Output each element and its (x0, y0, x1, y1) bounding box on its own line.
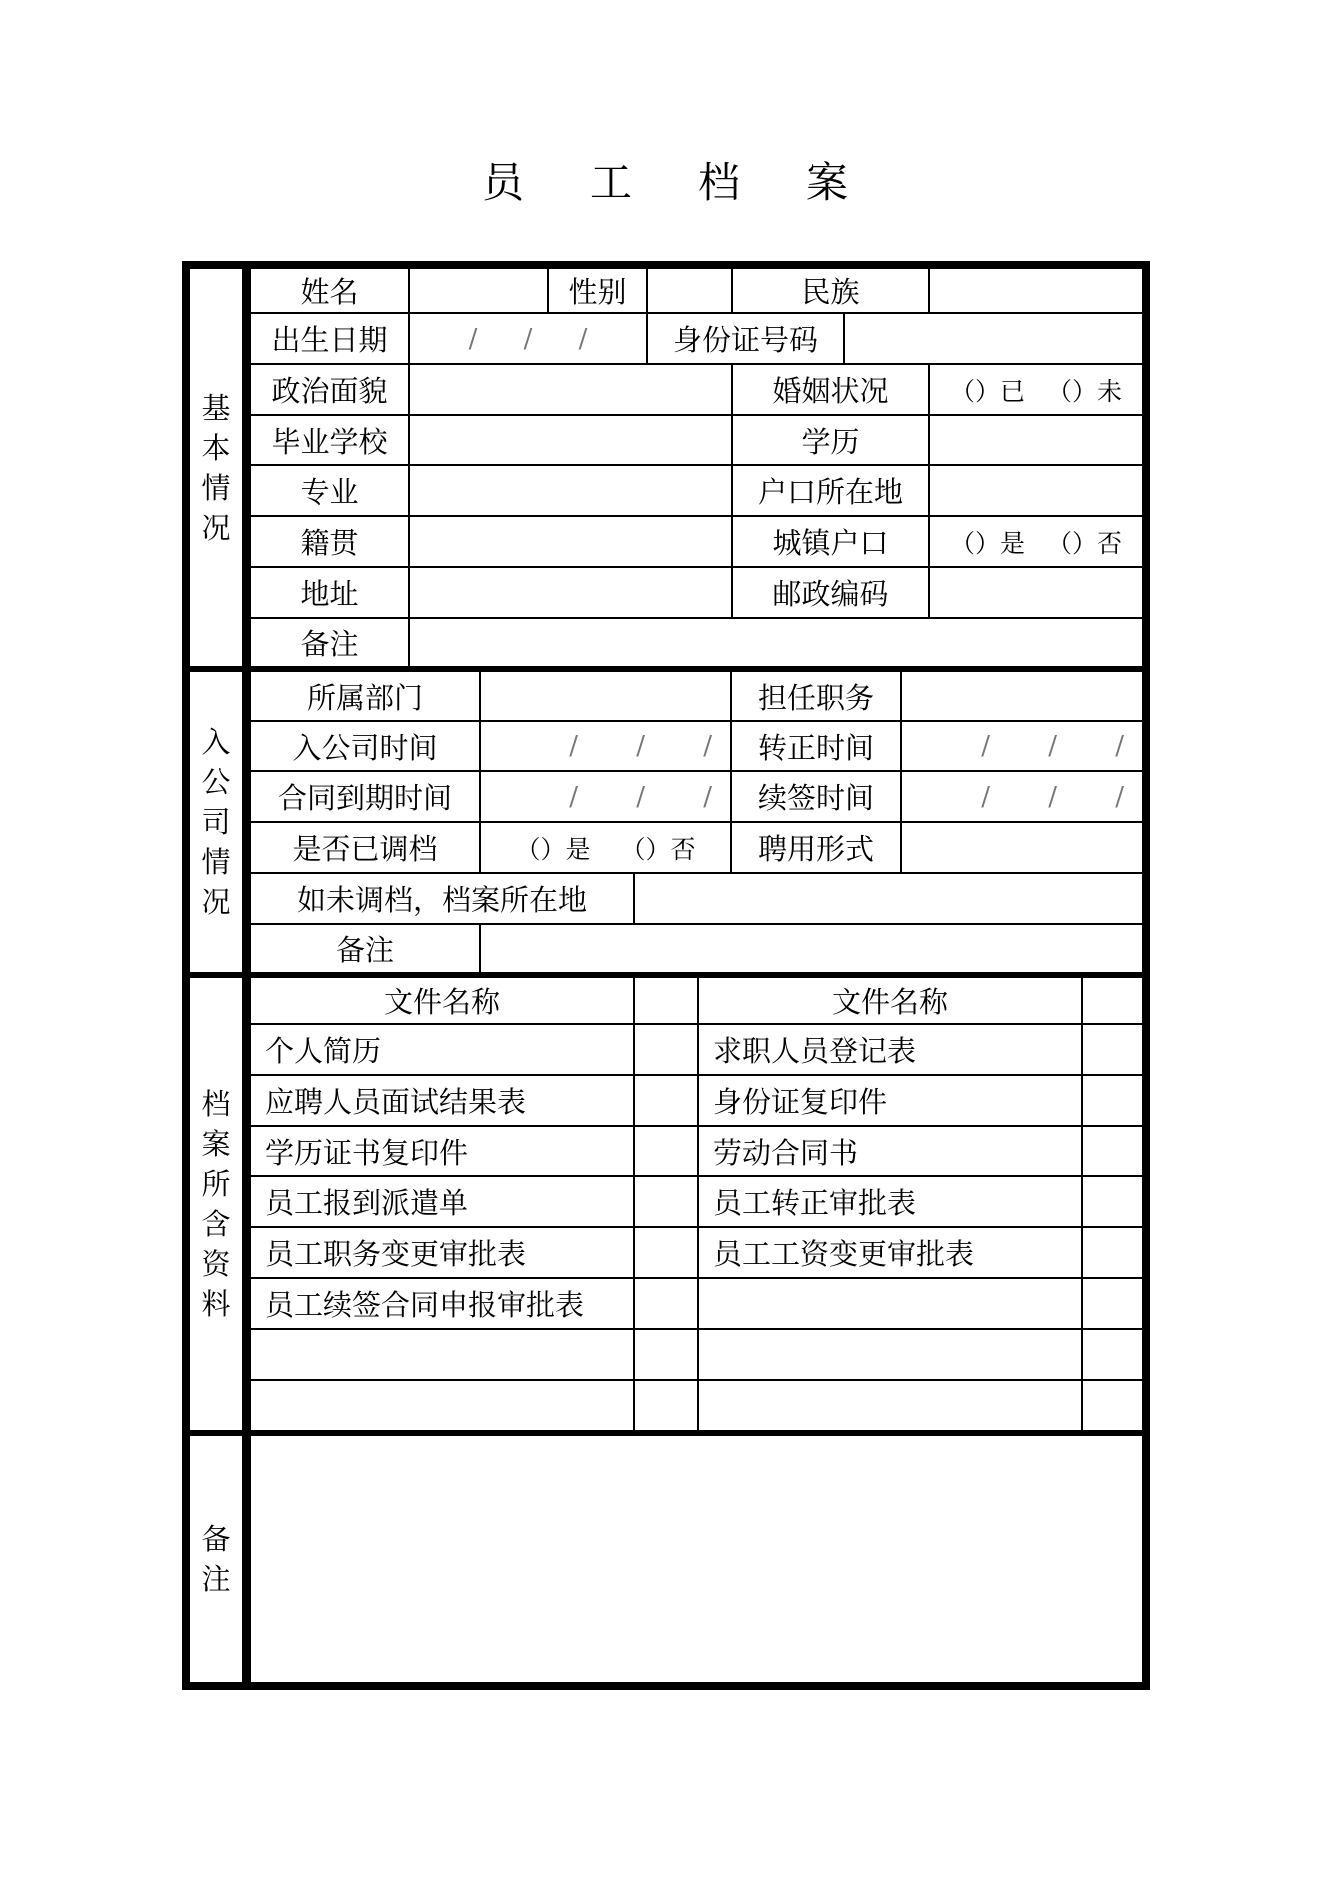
label-major: 专业 (251, 466, 408, 515)
address-input[interactable] (410, 568, 731, 617)
label-join-date: 入公司时间 (251, 722, 479, 770)
label-company-remarks: 备注 (251, 925, 479, 972)
name-input[interactable] (410, 269, 547, 312)
section-label-remarks: 备 注 (190, 1436, 242, 1682)
document-check-column-left[interactable] (635, 1025, 697, 1430)
company-remarks-input[interactable] (481, 925, 1142, 972)
document-item: 个人简历 (251, 1025, 633, 1074)
file-location-input[interactable] (635, 874, 1142, 923)
document-item: 求职人员登记表 (699, 1025, 1081, 1074)
school-input[interactable] (410, 416, 731, 464)
hukou-location-input[interactable] (930, 466, 1142, 515)
label-marital-status: 婚姻状况 (733, 365, 928, 414)
document-item: 员工工资变更审批表 (699, 1228, 1081, 1277)
department-input[interactable] (481, 672, 730, 720)
contract-expiry-input[interactable]: / / / (481, 772, 730, 821)
postal-code-input[interactable] (930, 568, 1142, 617)
gender-input[interactable] (648, 269, 731, 312)
education-input[interactable] (930, 416, 1142, 464)
basic-remarks-input[interactable] (410, 619, 1142, 666)
renewal-date-input[interactable]: / / / (902, 772, 1142, 821)
label-native-place: 籍贯 (251, 517, 408, 566)
document-item: 员工报到派遣单 (251, 1177, 633, 1226)
section-label-company: 入 公 司 情 况 (190, 672, 242, 972)
section-label-basic: 基 本 情 况 (190, 269, 242, 666)
label-political-status: 政治面貌 (251, 365, 408, 414)
label-file-transferred: 是否已调档 (251, 823, 479, 872)
document-check-column-right[interactable] (1083, 1025, 1142, 1430)
label-ethnicity: 民族 (733, 269, 928, 312)
document-item: 员工转正审批表 (699, 1177, 1081, 1226)
label-renewal-date: 续签时间 (732, 772, 900, 821)
label-school: 毕业学校 (251, 416, 408, 464)
employment-type-input[interactable] (902, 823, 1142, 872)
documents-header-right: 文件名称 (699, 978, 1081, 1023)
document-item (251, 1330, 633, 1379)
label-urban-hukou: 城镇户口 (733, 517, 928, 566)
ethnicity-input[interactable] (930, 269, 1142, 312)
label-department: 所属部门 (251, 672, 479, 720)
position-input[interactable] (902, 672, 1142, 720)
label-name: 姓名 (251, 269, 408, 312)
document-item (699, 1381, 1081, 1430)
document-item (699, 1330, 1081, 1379)
regular-date-input[interactable]: / / / (902, 722, 1142, 770)
file-transferred-options[interactable]: （）是 （）否 (481, 823, 730, 872)
major-input[interactable] (410, 466, 731, 515)
label-postal-code: 邮政编码 (733, 568, 928, 617)
marital-status-options[interactable]: （）已 （）未 (930, 365, 1142, 414)
label-birth-date: 出生日期 (251, 314, 408, 363)
label-basic-remarks: 备注 (251, 619, 408, 666)
documents-header-left: 文件名称 (251, 978, 633, 1023)
join-date-input[interactable]: / / / (481, 722, 730, 770)
label-regular-date: 转正时间 (732, 722, 900, 770)
document-item: 员工续签合同申报审批表 (251, 1279, 633, 1328)
label-address: 地址 (251, 568, 408, 617)
document-item: 员工职务变更审批表 (251, 1228, 633, 1277)
political-status-input[interactable] (410, 365, 731, 414)
label-contract-expiry: 合同到期时间 (251, 772, 479, 821)
remarks-input[interactable] (251, 1436, 1142, 1682)
label-id-number: 身份证号码 (648, 314, 843, 363)
label-education: 学历 (733, 416, 928, 464)
document-item (251, 1381, 633, 1430)
document-item: 劳动合同书 (699, 1127, 1081, 1175)
document-item: 学历证书复印件 (251, 1127, 633, 1175)
label-file-location: 如未调档，档案所在地 (251, 874, 633, 923)
label-position: 担任职务 (732, 672, 900, 720)
label-employment-type: 聘用形式 (732, 823, 900, 872)
urban-hukou-options[interactable]: （）是 （）否 (930, 517, 1142, 566)
label-gender: 性别 (549, 269, 646, 312)
birth-date-input[interactable]: / / / (410, 314, 646, 363)
page-title: 员工档案 (0, 150, 1330, 210)
label-hukou-location: 户口所在地 (733, 466, 928, 515)
document-item: 身份证复印件 (699, 1076, 1081, 1125)
section-label-documents: 档 案 所 含 资 料 (190, 978, 242, 1430)
document-item (699, 1279, 1081, 1328)
native-place-input[interactable] (410, 517, 731, 566)
id-number-input[interactable] (845, 314, 1142, 363)
document-item: 应聘人员面试结果表 (251, 1076, 633, 1125)
